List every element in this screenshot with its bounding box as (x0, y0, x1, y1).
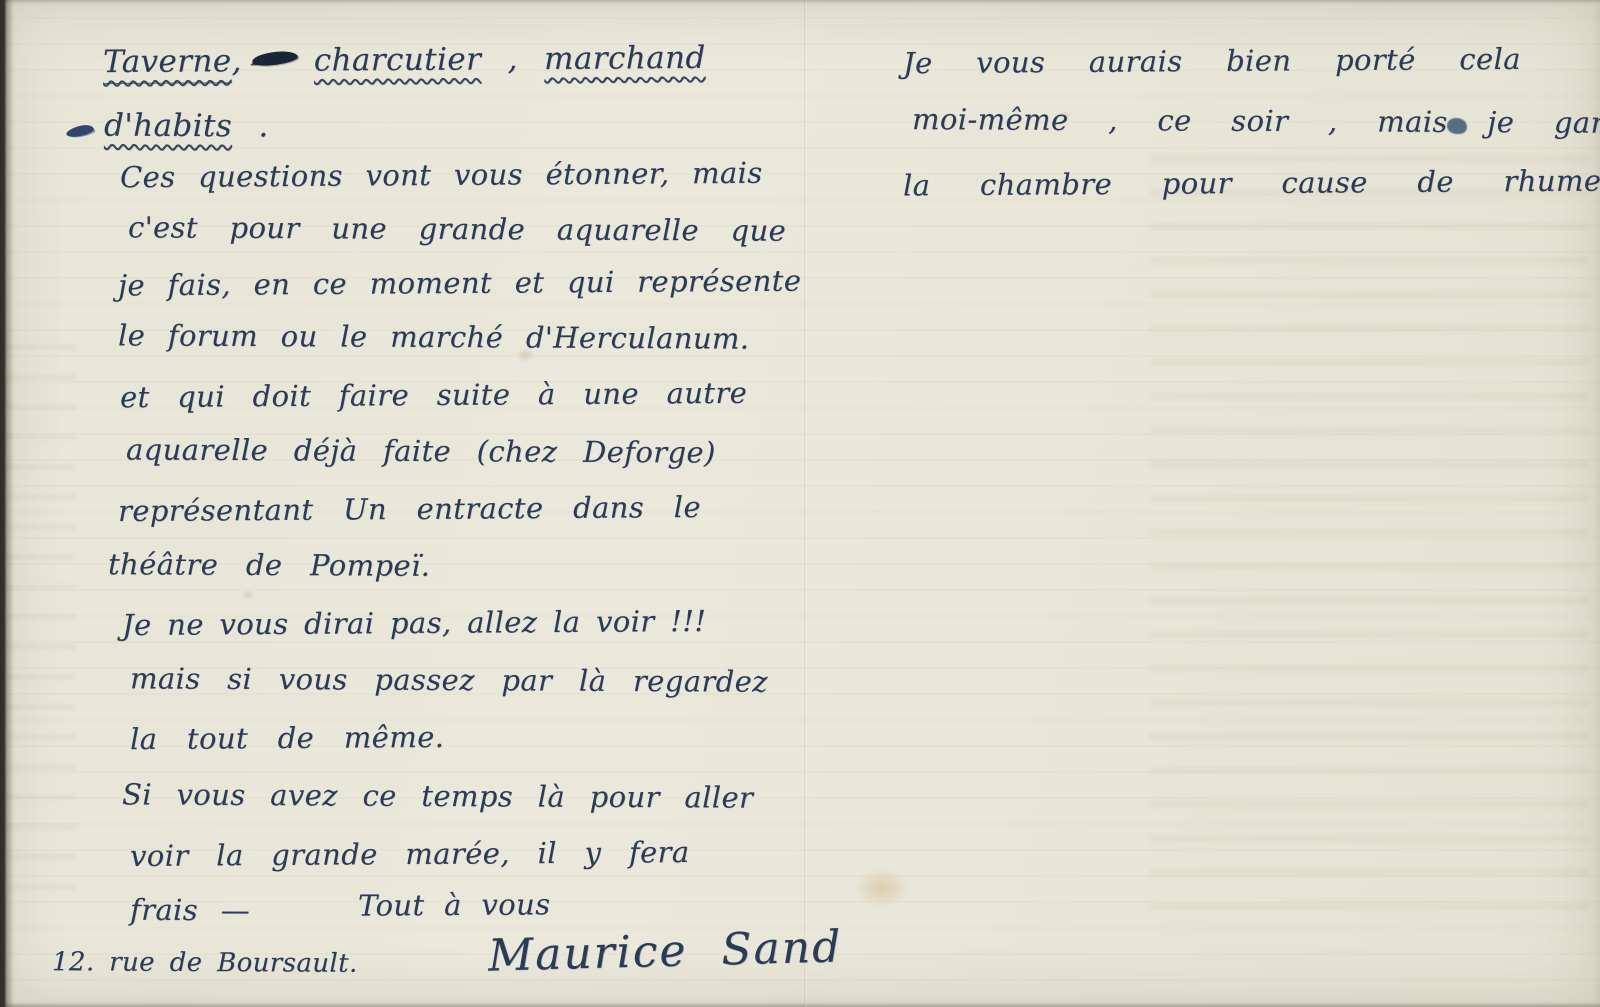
letter-line: c'est pour une grande aquarelle que (128, 210, 786, 247)
letter-line: la chambre pour cause de rhume. (903, 164, 1600, 203)
letter-line: aquarelle déjà faite (chez Deforge) (126, 432, 716, 469)
period: . (258, 108, 268, 144)
ink-bleed-through-right (1150, 130, 1590, 910)
underlined-word-dhabits: d'habits (104, 108, 232, 145)
ink-blot (251, 50, 298, 67)
underlined-word-marchand: marchand (544, 40, 706, 77)
letter-line: je fais, en ce moment et qui représente (118, 264, 802, 303)
letter-line: frais — (130, 893, 250, 928)
letter-line: voir la grande marée, il y fera (130, 835, 690, 873)
underlined-word-charcutier: charcutier (314, 41, 482, 78)
sender-address: 12. rue de Boursault. (52, 947, 358, 979)
letter-line: Je vous aurais bien porté cela (903, 42, 1521, 80)
margin-ink-mark (65, 123, 94, 139)
letter-heading-line: Taverne,charcutier , marchand (103, 40, 706, 80)
letter-closing: Tout à vous (358, 887, 551, 922)
ink-smudge (1447, 118, 1467, 134)
letter-heading-line-2: d'habits . (104, 108, 269, 145)
letter-line: Ces questions vont vous étonner, mais (120, 156, 763, 194)
ink-bleed-through-left (6, 330, 76, 890)
signature: Maurice Sand (487, 921, 842, 981)
page-fold-crease (804, 0, 807, 1007)
letter-line: la tout de même. (130, 720, 445, 756)
underlined-word-taverne: Taverne (103, 43, 232, 84)
letter-line: et qui doit faire suite à une autre (120, 376, 747, 414)
letter-scan: Taverne,charcutier , marchand d'habits .… (0, 0, 1600, 1007)
letter-line: moi-même , ce soir , mais je garde (912, 102, 1600, 140)
comma: , (231, 43, 242, 79)
letter-line: théâtre de Pompeï. (108, 547, 431, 583)
comma: , (507, 41, 518, 77)
letter-line: Si vous avez ce temps là pour aller (122, 777, 754, 814)
letter-line: le forum ou le marché d'Herculanum. (118, 318, 750, 355)
letter-line: mais si vous passez par là regardez (130, 661, 768, 698)
letter-line: Je ne vous dirai pas, allez la voir !!! (122, 604, 707, 642)
letter-line: représentant Un entracte dans le (118, 490, 701, 528)
